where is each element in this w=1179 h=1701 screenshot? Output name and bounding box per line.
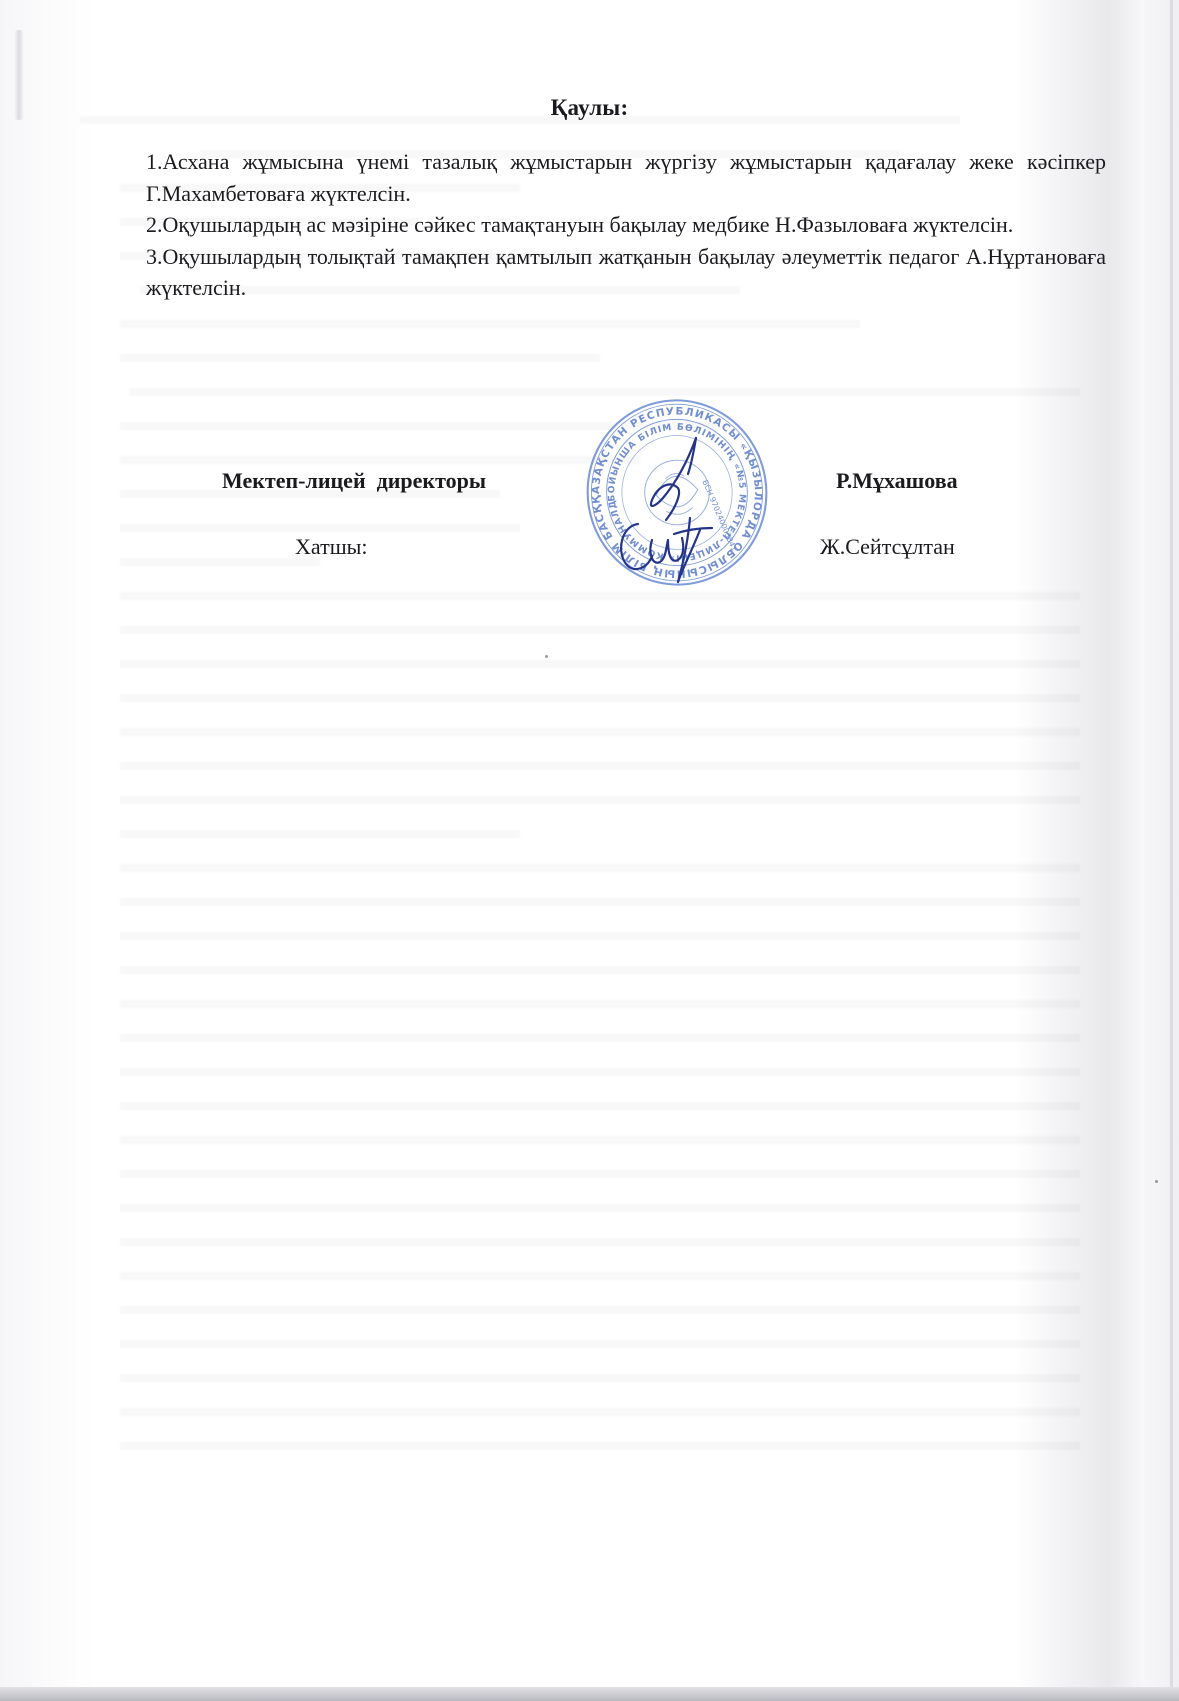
page-edge-right bbox=[1170, 0, 1173, 1701]
page-edge-bottom bbox=[0, 1687, 1179, 1701]
document-page: Қаулы: 1.Асхана жұмысына үнемі тазалық ж… bbox=[0, 0, 1179, 1701]
decree-list: 1.Асхана жұмысына үнемі тазалық жұмыстар… bbox=[146, 146, 1106, 304]
decree-item-3: 3.Оқушылардың толықтай тамақпен қамтылып… bbox=[146, 241, 1106, 304]
handwritten-signature-icon bbox=[608, 430, 728, 590]
director-name: Р.Мұхашова bbox=[836, 468, 958, 494]
secretary-title: Хатшы: bbox=[295, 534, 368, 560]
speck bbox=[1155, 1180, 1158, 1183]
decree-item-1: 1.Асхана жұмысына үнемі тазалық жұмыстар… bbox=[146, 146, 1106, 209]
decree-item-2: 2.Оқушылардың ас мәзіріне сәйкес тамақта… bbox=[146, 209, 1106, 241]
document-title: Қаулы: bbox=[0, 95, 1179, 121]
speck bbox=[545, 655, 548, 658]
reverse-side-bleed-through bbox=[80, 90, 1080, 1590]
director-title: Мектеп-лицей директоры bbox=[222, 468, 486, 494]
secretary-name: Ж.Сейтсұлтан bbox=[820, 534, 955, 560]
